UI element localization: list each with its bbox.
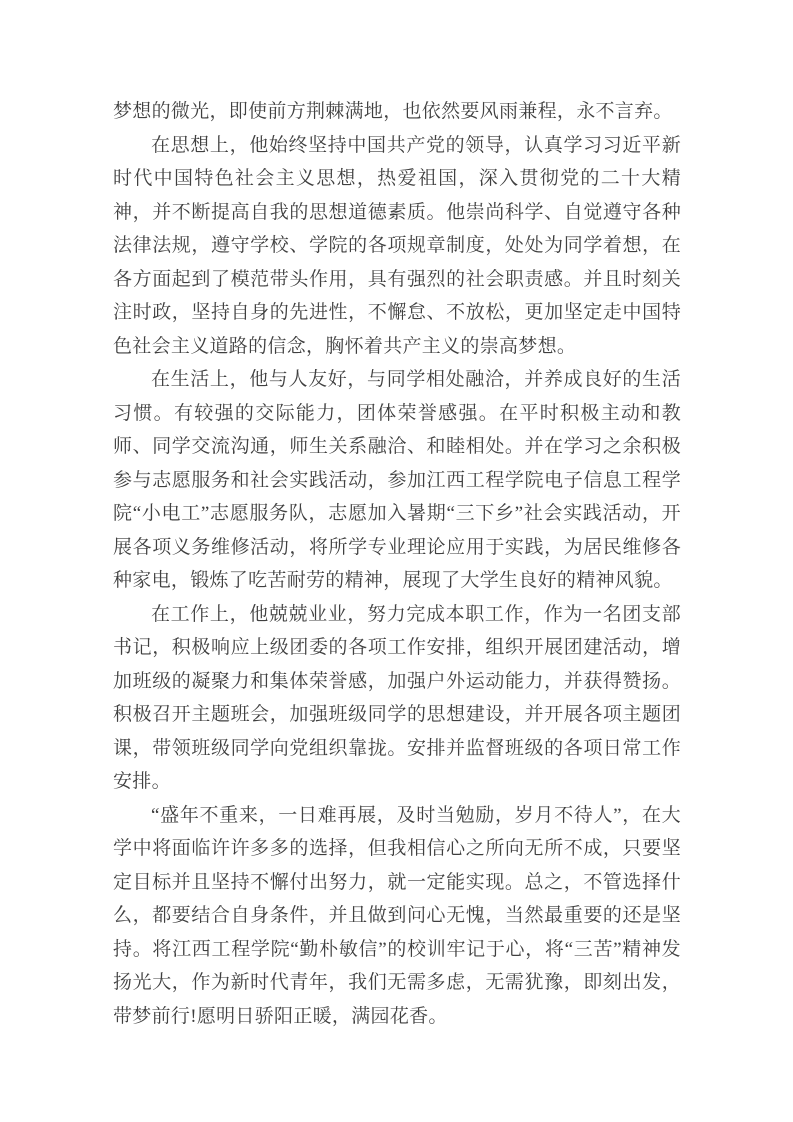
paragraph-thought: 在思想上，他始终坚持中国共产党的领导，认真学习习近平新时代中国特色社会主义思想，…	[113, 129, 681, 364]
paragraph-life: 在生活上，他与人友好，与同学相处融洽，并养成良好的生活习惯。有较强的交际能力，团…	[113, 363, 681, 598]
paragraph-conclusion: “盛年不重来，一日难再展，及时当勉励，岁月不待人”，在大学中将面临许许多多的选择…	[113, 799, 681, 1034]
paragraph-work: 在工作上，他兢兢业业，努力完成本职工作，作为一名团支部书记，积极响应上级团委的各…	[113, 598, 681, 799]
document-page: 梦想的微光，即使前方荆棘满地，也依然要风雨兼程，永不言弃。 在思想上，他始终坚持…	[0, 0, 793, 1122]
paragraph-continuation: 梦想的微光，即使前方荆棘满地，也依然要风雨兼程，永不言弃。	[113, 95, 681, 129]
document-body: 梦想的微光，即使前方荆棘满地，也依然要风雨兼程，永不言弃。 在思想上，他始终坚持…	[113, 95, 681, 1033]
